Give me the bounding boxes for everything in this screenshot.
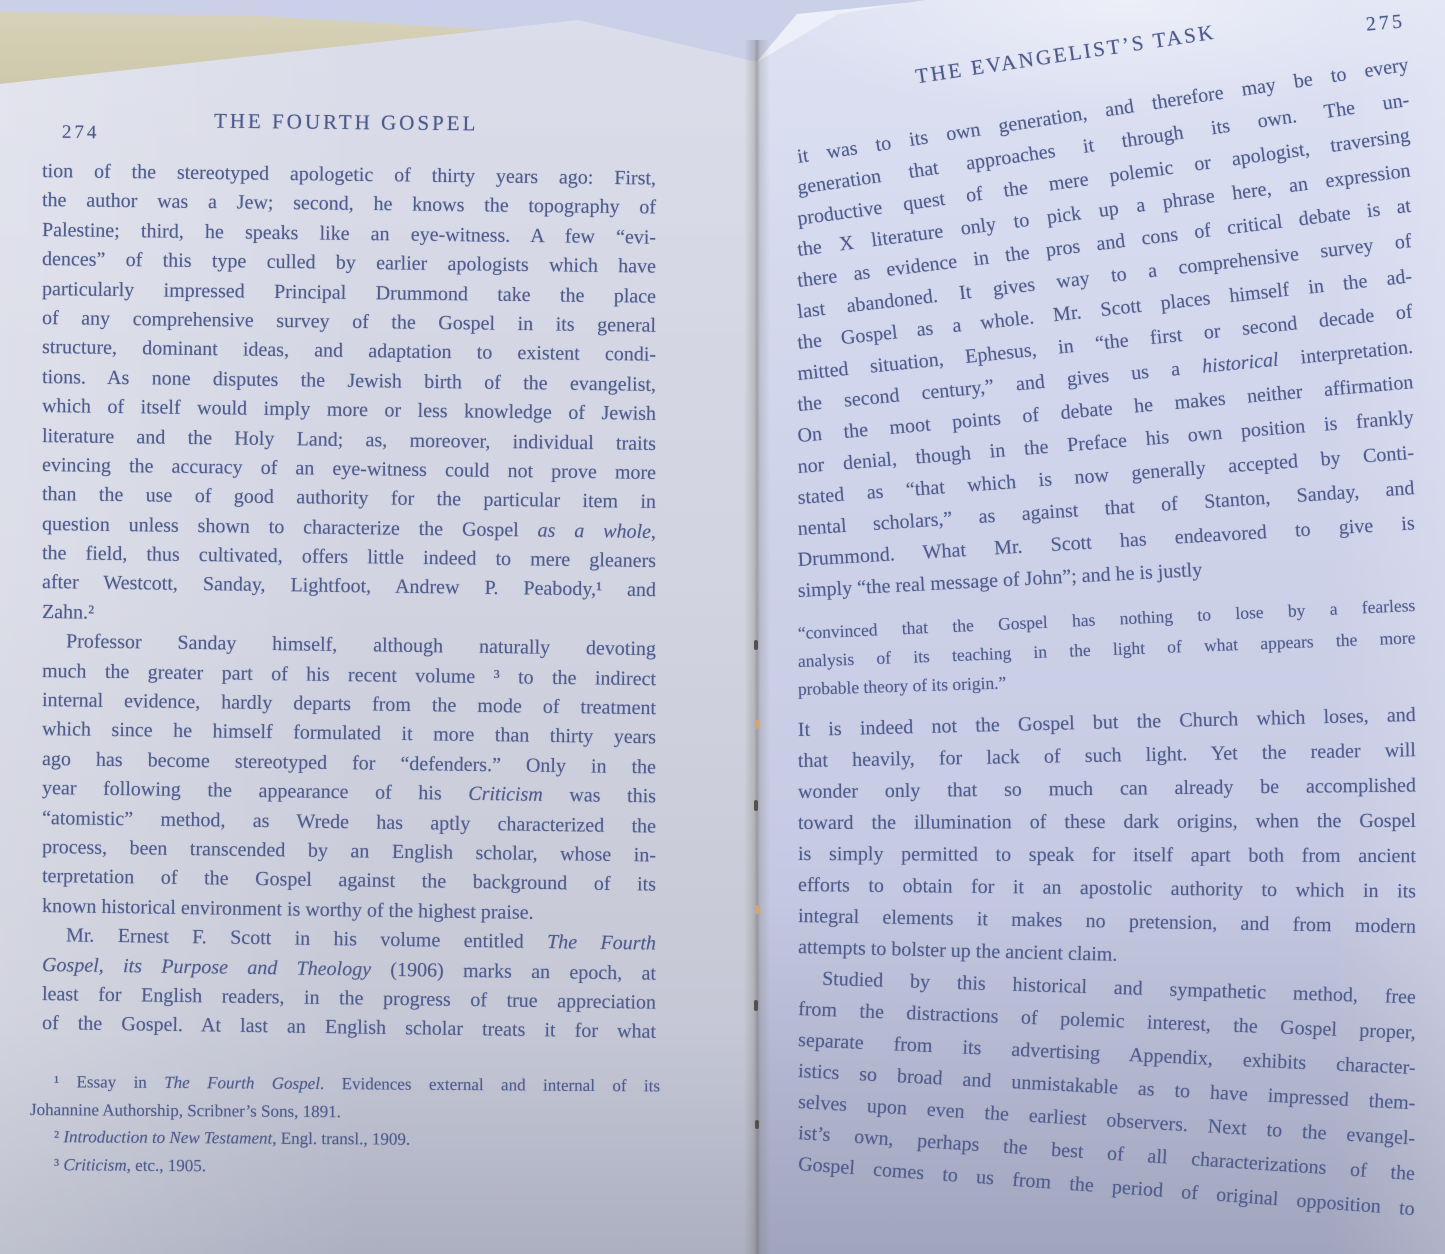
binding-stitch (755, 1120, 759, 1129)
binding-thread (755, 905, 759, 914)
text-line: is simply permitted to speak for itself … (798, 843, 1416, 876)
text-line: wonder only that so much can already be … (798, 775, 1416, 812)
page-number-right: 275 (1365, 10, 1406, 36)
text-line: Johannine Authorship, Scribner’s Sons, 1… (30, 1100, 660, 1132)
binding-stitch (754, 1000, 758, 1011)
open-book-photo: 274 THE FOURTH GOSPEL tion of the stereo… (0, 0, 1445, 1254)
text-line: ¹ Essay in The Fourth Gospel. Evidences … (30, 1072, 660, 1104)
page-number-left: 274 (62, 122, 100, 145)
left-page-footnotes: ¹ Essay in The Fourth Gospel. Evidences … (30, 1072, 660, 1182)
right-page-body: it was to its own generation, and theref… (798, 146, 1416, 1184)
binding-thread (755, 720, 759, 729)
text-line: ² Introduction to New Testament, Engl. t… (30, 1127, 660, 1159)
text-line: toward the illumination of these dark or… (798, 810, 1416, 843)
binding-stitch (754, 800, 758, 811)
text-line: ³ Criticism, etc., 1905. (30, 1155, 660, 1187)
running-head-left: THE FOURTH GOSPEL (214, 109, 479, 137)
left-page-body: tion of the stereotyped apologetic of th… (42, 160, 656, 1042)
binding-stitch (754, 640, 758, 650)
